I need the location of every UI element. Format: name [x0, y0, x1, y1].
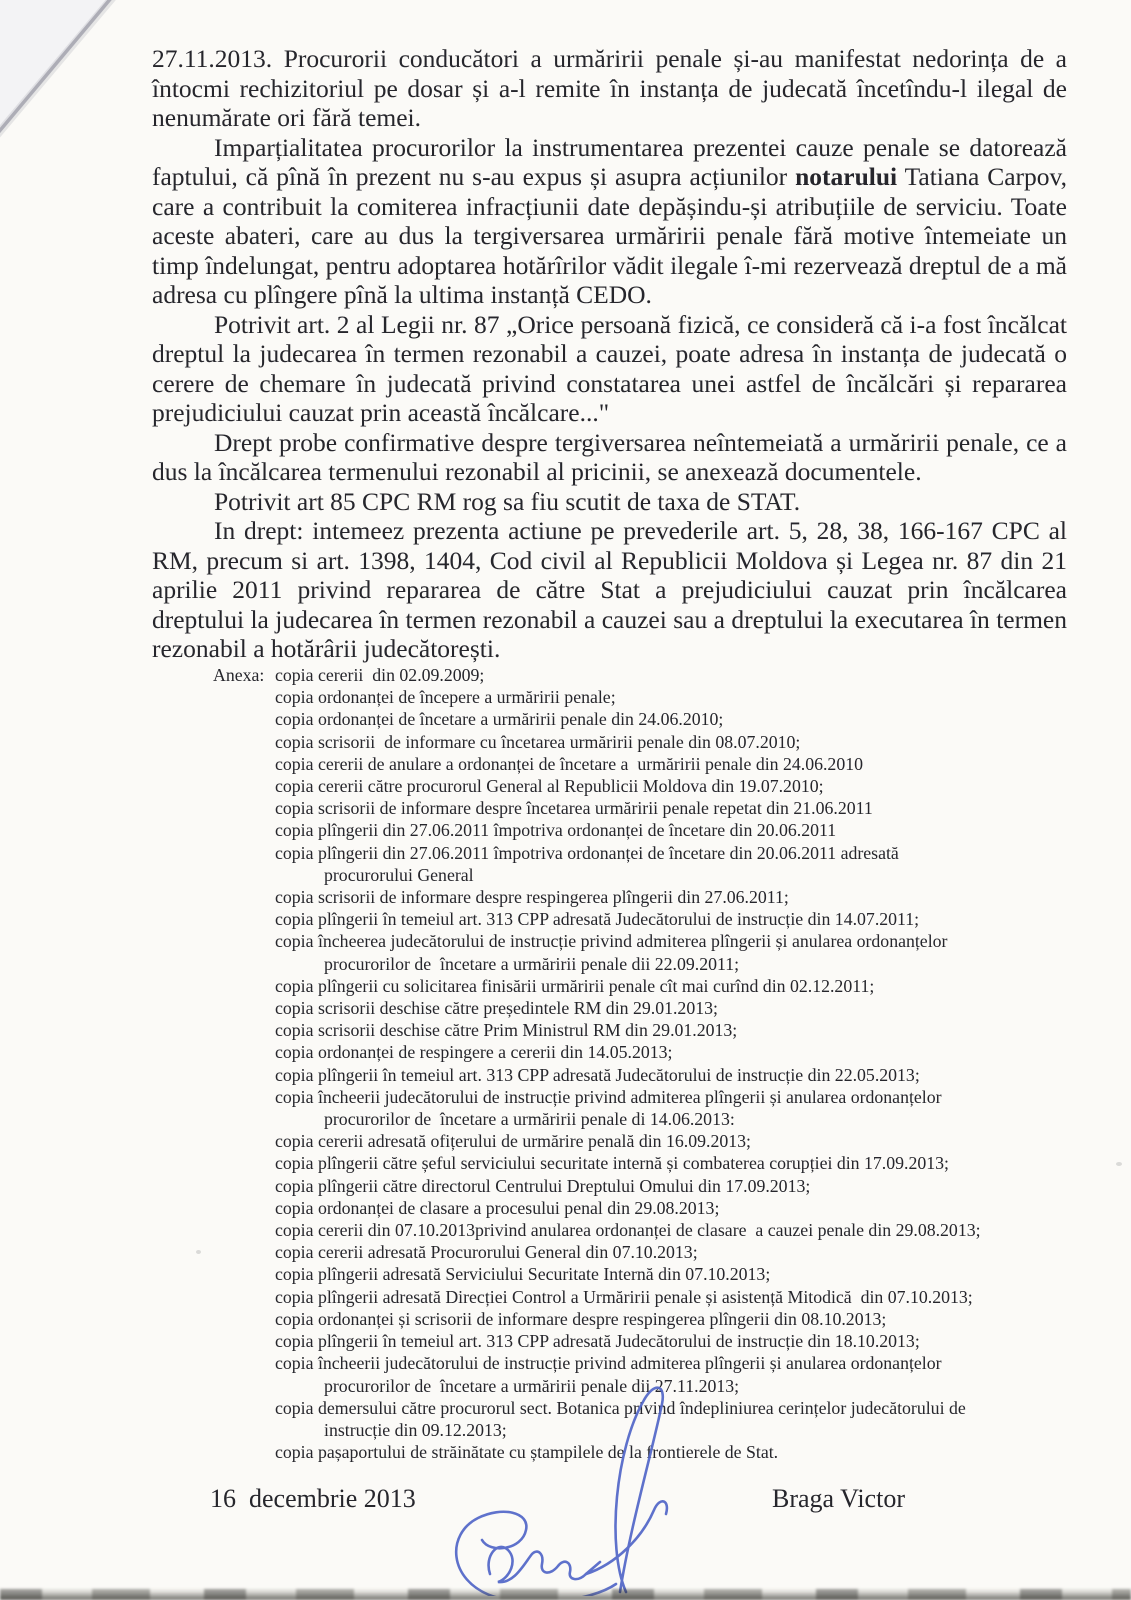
- annex-item: copia plîngerii în temeiul art. 313 CPP …: [275, 908, 1131, 930]
- annex-item: copia cererii de anulare a ordonanței de…: [275, 753, 1131, 775]
- annex-item: copia plîngerii din 27.06.2011 împotriva…: [275, 819, 1131, 841]
- page-corner-fold: [0, 0, 150, 160]
- paragraph: Drept probe confirmative despre tergiver…: [152, 428, 1067, 487]
- paragraph: Potrivit art 85 CPC RM rog sa fiu scutit…: [152, 487, 1067, 517]
- annex-item: copia plîngerii în temeiul art. 313 CPP …: [275, 1330, 1131, 1352]
- annex-item: copia cererii din 02.09.2009;: [275, 664, 1131, 686]
- annex-item: copia scrisorii de informare cu încetare…: [275, 731, 1131, 753]
- annex-item: copia încheerii judecătorului de instruc…: [275, 1086, 1131, 1130]
- scan-speck: [1116, 1162, 1122, 1166]
- annex-item: copia plîngerii adresată Serviciului Sec…: [275, 1263, 1131, 1285]
- annex-item: copia demersului către procurorul sect. …: [275, 1397, 1131, 1441]
- annex-item: copia cererii către procurorul General a…: [275, 775, 1131, 797]
- annex-item: copia cererii adresată ofițerului de urm…: [275, 1130, 1131, 1152]
- annex-item: copia plîngerii către șeful serviciului …: [275, 1152, 1131, 1174]
- annex-item: copia scrisorii deschise către președint…: [275, 997, 1131, 1019]
- annex-item: copia pașaportului de străinătate cu șta…: [275, 1441, 1131, 1463]
- annex-item: copia ordonanței de respingere a cererii…: [275, 1041, 1131, 1063]
- annex-item: copia încheerea judecătorului de instruc…: [275, 930, 1131, 974]
- annex-item: copia ordonanței de clasare a procesului…: [275, 1197, 1131, 1219]
- annex-list: copia cererii din 02.09.2009;copia ordon…: [275, 664, 1131, 1463]
- scan-edge-shadow: [0, 1589, 1131, 1600]
- annex-item: copia plîngerii în temeiul art. 313 CPP …: [275, 1064, 1131, 1086]
- annex-item: copia ordonanței și scrisorii de informa…: [275, 1308, 1131, 1330]
- annex-item: copia cererii adresată Procurorului Gene…: [275, 1241, 1131, 1263]
- annex-item: copia ordonanței de încetare a urmăririi…: [275, 708, 1131, 730]
- signer-name: Braga Victor: [772, 1484, 905, 1514]
- annex-item: copia plîngerii adresată Direcției Contr…: [275, 1286, 1131, 1308]
- body-paragraphs: 27.11.2013. Procurorii conducători a urm…: [152, 44, 1067, 664]
- annex-item: copia scrisorii de informare despre resp…: [275, 886, 1131, 908]
- paragraph: Imparțialitatea procurorilor la instrume…: [152, 133, 1067, 310]
- paragraph: Potrivit art. 2 al Legii nr. 87 „Orice p…: [152, 310, 1067, 428]
- annex-item: copia scrisorii deschise către Prim Mini…: [275, 1019, 1131, 1041]
- paragraph: 27.11.2013. Procurorii conducători a urm…: [152, 44, 1067, 133]
- annex-item: copia scrisorii de informare despre înce…: [275, 797, 1131, 819]
- document-page: 27.11.2013. Procurorii conducători a urm…: [0, 0, 1131, 1600]
- annex-item: copia plîngerii cu solicitarea finisării…: [275, 975, 1131, 997]
- paragraph: In drept: intemeez prezenta actiune pe p…: [152, 516, 1067, 664]
- annex-item: copia încheerii judecătorului de instruc…: [275, 1352, 1131, 1396]
- annex-item: copia ordonanței de începere a urmăririi…: [275, 686, 1131, 708]
- annex-item: copia cererii din 07.10.2013privind anul…: [275, 1219, 1131, 1241]
- annex-item: copia plîngerii din 27.06.2011 împotriva…: [275, 842, 1131, 886]
- scan-speck: [196, 1250, 201, 1254]
- signature-strokes: [456, 1388, 667, 1596]
- annex-item: copia plîngerii către directorul Centrul…: [275, 1175, 1131, 1197]
- annex-label: Anexa:: [213, 664, 264, 686]
- footer-date: 16 decembrie 2013: [210, 1484, 416, 1514]
- signature: [430, 1378, 700, 1596]
